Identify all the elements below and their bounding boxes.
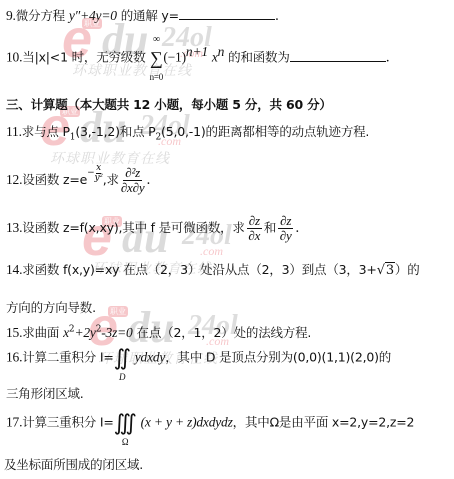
term-x-exponent: n	[218, 44, 225, 59]
question-14-cont: 方向的方向导数.	[6, 300, 96, 317]
question-text: (3,-1,2)和点 P	[75, 124, 155, 139]
numerator: ∂²z	[123, 166, 142, 181]
question-13: 13.设函数 z=f(x,xy),其中 f 是可微函数，求∂z∂x和∂z∂y.	[6, 214, 299, 243]
question-text: 在点（2，1，2）处的法线方程.	[137, 325, 312, 340]
question-text: 计算三重积分 I=	[22, 415, 113, 430]
integral-domain: D	[110, 372, 135, 382]
question-number: 16.	[6, 350, 22, 365]
answer-blank[interactable]	[179, 7, 275, 20]
question-text: 及坐标面所围成的闭区域.	[4, 457, 143, 472]
question-9: 9.微分方程 y″+4y=0 的通解 y=.	[6, 7, 279, 25]
question-17: 17.计算三重积分 I=∭Ω (x + y + z)dxdydz，其中Ω是由平面…	[6, 412, 414, 434]
watermark-logo-icon: 职业	[108, 306, 128, 317]
question-number: 9.	[6, 8, 16, 23]
watermark-cn: 环球职业教育在线	[50, 148, 170, 168]
integral-icon: ∬	[114, 347, 131, 369]
question-text: 设函数 z=e	[22, 172, 87, 187]
triple-integral: ∭Ω	[114, 412, 137, 434]
question-text: 求函数 f(x,y)=xy 在点（2，3）处沿从点（2，3）到点（3，3+	[22, 262, 376, 277]
question-17-cont: 及坐标面所围成的闭区域.	[4, 457, 143, 474]
watermark-com: .com	[200, 244, 223, 259]
integral-icon: ∭	[114, 412, 137, 434]
integrand: ydxdy	[135, 350, 165, 365]
term-base: (−1)	[163, 50, 186, 65]
question-number: 13.	[6, 220, 22, 235]
partial-derivative: ∂²z∂x∂y	[121, 166, 145, 195]
section-heading: 三、计算题（本大题共 12 小题，每小题 5 分，共 60 分）	[6, 97, 332, 114]
denominator: ∂y	[280, 229, 292, 243]
integrand: (x + y + z)dxdydz	[141, 415, 233, 430]
equation: y″+4y=0	[69, 8, 117, 23]
question-number: 11.	[6, 124, 22, 139]
denominator: ∂x∂y	[121, 181, 145, 195]
exponent: −xy²	[87, 164, 103, 183]
sum-upper-limit: ∞	[149, 35, 163, 45]
question-number: 17.	[6, 415, 22, 430]
question-text: 计算二重积分 I=	[22, 350, 113, 365]
sigma-icon: ∑	[149, 47, 163, 69]
question-text: 的通解 y=	[121, 8, 179, 23]
question-text: ，其中Ω是由平面 x=2,y=2,z=2	[233, 415, 415, 430]
question-14: 14.求函数 f(x,y)=xy 在点（2，3）处沿从点（2，3）到点（3，3+…	[6, 262, 420, 279]
question-text: 的和函数为	[228, 50, 290, 65]
numerator: ∂z	[278, 214, 293, 229]
question-number: 14.	[6, 262, 22, 277]
question-16: 16.计算二重积分 I=∬D ydxdy，其中 D 是顶点分别为(0,0)(1,…	[6, 347, 391, 369]
question-text: 方向的方向导数.	[6, 300, 96, 315]
question-16-cont: 三角形闭区域.	[6, 386, 84, 403]
question-number: 10.	[6, 50, 22, 65]
question-text: 当|x|<1 时，无穷级数	[22, 50, 145, 65]
sum-lower-limit: n=0	[145, 72, 167, 82]
question-12: 12.设函数 z=e−xy²,求∂²z∂x∂y.	[6, 166, 150, 195]
question-number: 15.	[6, 325, 22, 340]
summation: ∞ ∑ n=0	[149, 47, 163, 69]
question-15: 15.求曲面 x2+2y2-3z=0 在点（2，1，2）处的法线方程.	[6, 325, 311, 342]
exp-numerator: x	[96, 164, 101, 174]
integral-domain: Ω	[110, 437, 141, 447]
question-number: 12.	[6, 172, 22, 187]
partial-derivative-x: ∂z∂x	[247, 214, 262, 243]
question-text: ）的	[395, 262, 420, 277]
question-text: ,求	[103, 172, 119, 187]
question-text: 设函数 z=f(x,xy),其中 f 是可微函数，求	[22, 220, 244, 235]
partial-derivative-y: ∂z∂y	[278, 214, 293, 243]
double-integral: ∬D	[114, 347, 131, 369]
exp-denominator: y²	[94, 174, 102, 183]
period: .	[146, 173, 150, 188]
equation: +2y	[74, 325, 95, 340]
period: .	[275, 9, 279, 24]
question-text: 微分方程	[16, 8, 65, 23]
question-text: 三角形闭区域.	[6, 386, 84, 401]
section-title: 三、计算题（本大题共 12 小题，每小题 5 分，共 60 分）	[6, 97, 332, 112]
equation: -3z=0	[101, 325, 132, 340]
square-root: √3	[377, 263, 395, 279]
period: .	[295, 221, 299, 236]
question-text: 求曲面	[22, 325, 59, 340]
period: .	[386, 51, 390, 66]
radicand: 3	[385, 262, 395, 278]
numerator: ∂z	[247, 214, 262, 229]
question-text: 和	[264, 220, 276, 235]
answer-blank[interactable]	[290, 49, 386, 62]
question-text: ，其中 D 是顶点分别为(0,0)(1,1)(2,0)的	[165, 350, 391, 365]
term-exponent: n+1	[186, 44, 208, 59]
question-11: 11.求与点 P1(3,-1,2)和点 P2(5,0,-1)的距离都相等的动点轨…	[6, 124, 369, 141]
question-text: (5,0,-1)的距离都相等的动点轨迹方程.	[161, 124, 369, 139]
denominator: ∂x	[248, 229, 260, 243]
question-10: 10.当|x|<1 时，无穷级数 ∞ ∑ n=0 (−1)n+1 xn 的和函数…	[6, 47, 390, 69]
question-text: 求与点 P	[22, 124, 70, 139]
